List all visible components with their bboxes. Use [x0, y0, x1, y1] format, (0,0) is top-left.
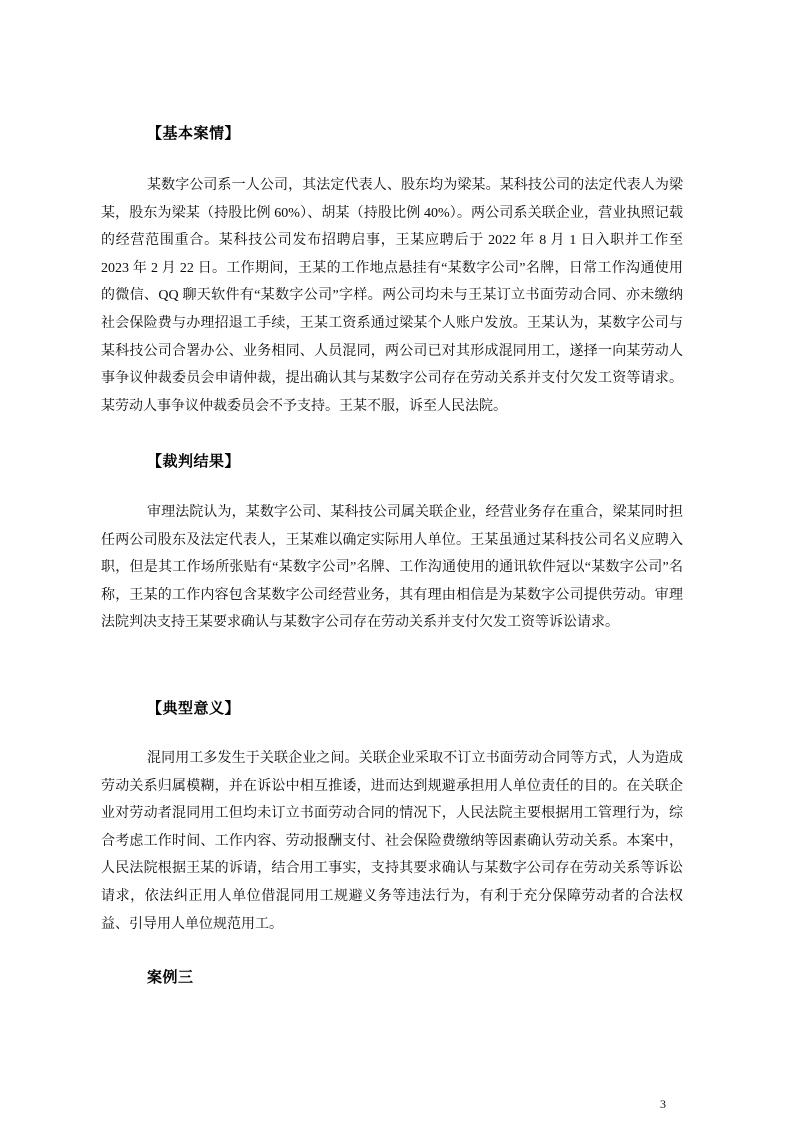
next-case-label: 案例三: [147, 966, 194, 987]
section-body-basic-facts: 某数字公司系一人公司，其法定代表人、股东均为梁某。某科技公司的法定代表人为梁某，…: [101, 172, 683, 420]
document-page: 【基本案情】 某数字公司系一人公司，其法定代表人、股东均为梁某。某科技公司的法定…: [0, 0, 793, 1122]
section-heading-judgment-result: 【裁判结果】: [101, 449, 683, 476]
section-heading-basic-facts: 【基本案情】: [101, 121, 683, 148]
section-body-judgment-result: 审理法院认为，某数字公司、某科技公司属关联企业，经营业务存在重合，梁某同时担任两…: [101, 499, 683, 637]
section-heading-typical-significance: 【典型意义】: [101, 696, 683, 723]
section-body-typical-significance: 混同用工多发生于关联企业之间。关联企业采取不订立书面劳动合同等方式，人为造成劳动…: [101, 745, 683, 938]
page-number: 3: [660, 1097, 666, 1112]
